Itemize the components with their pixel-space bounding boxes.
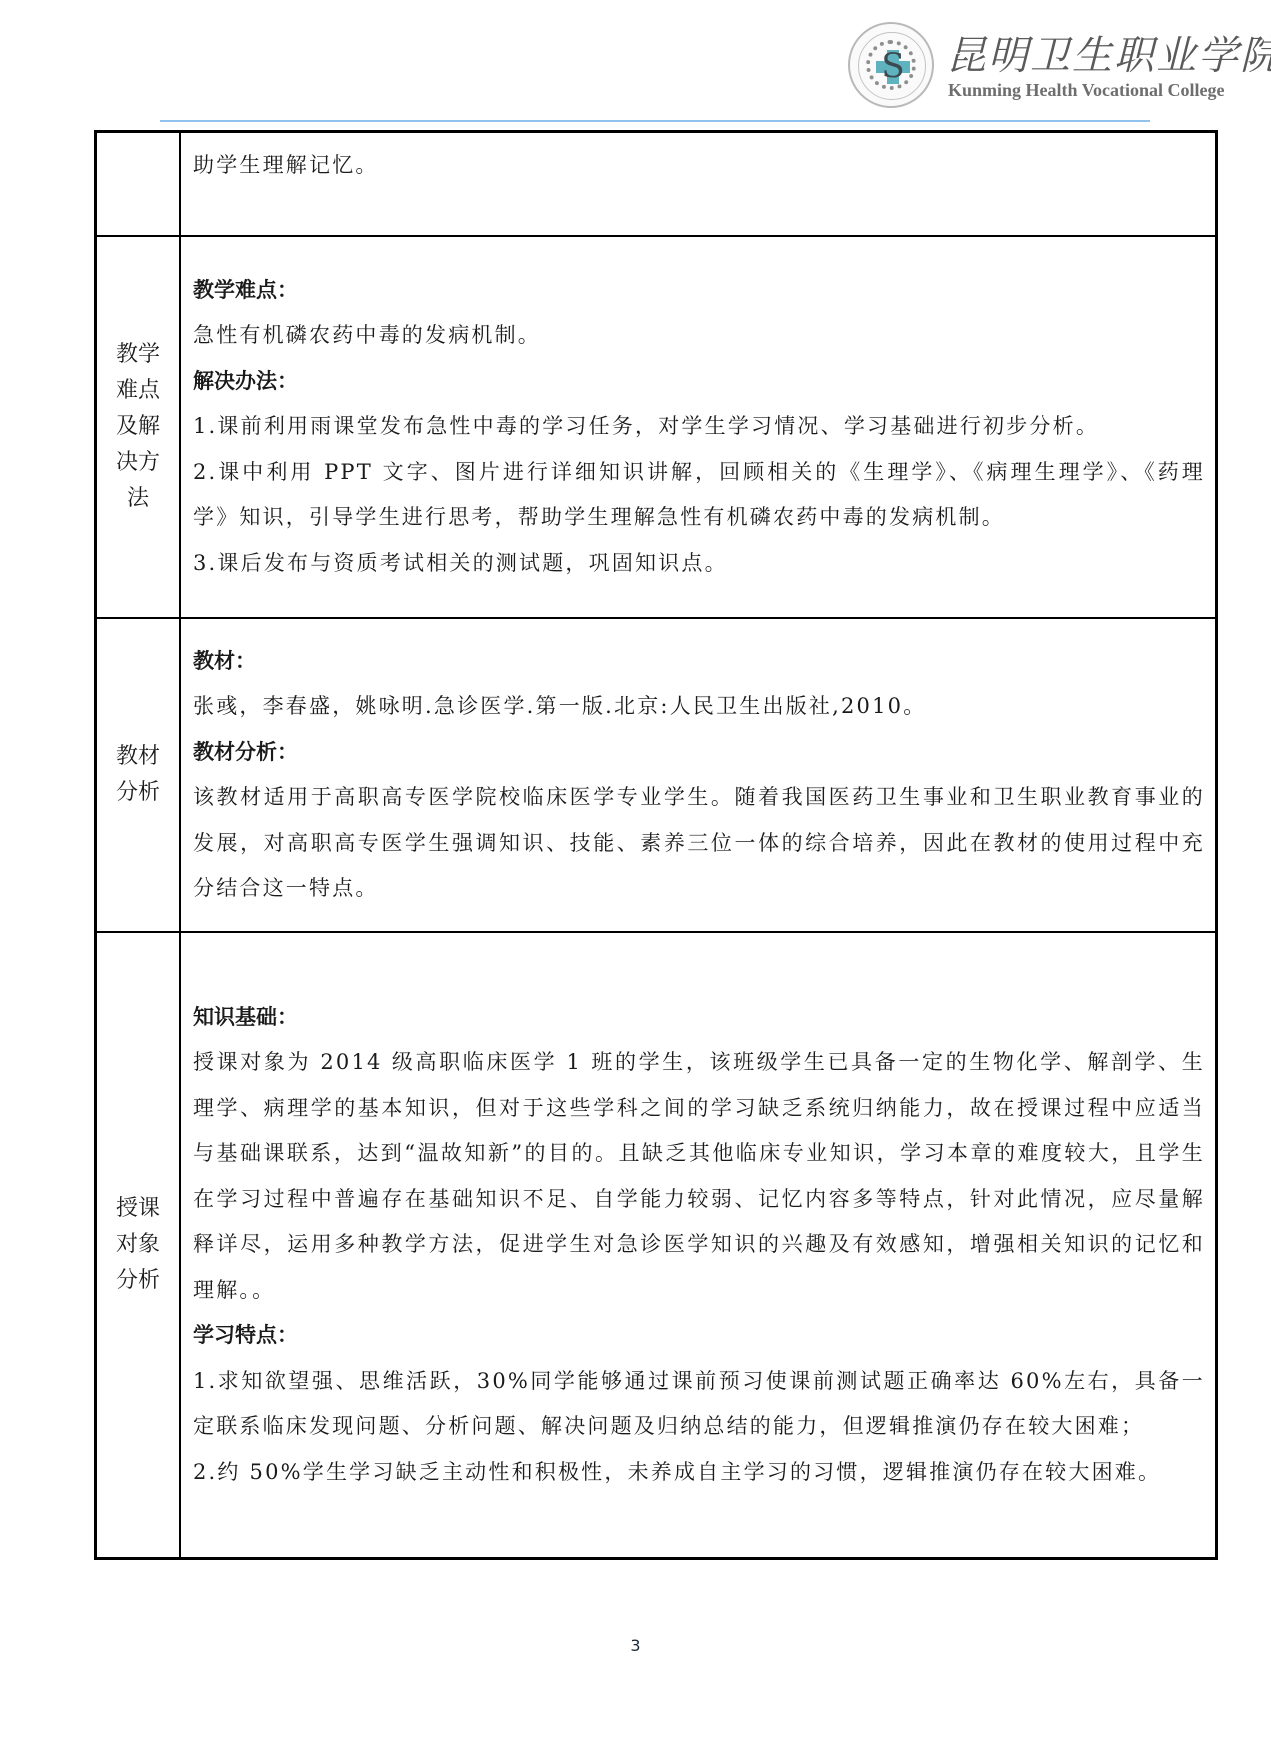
body-text: 授课对象为 2014 级高职临床医学 1 班的学生，该班级学生已具备一定的生物化… (193, 1040, 1205, 1313)
body-text: 助学生理解记忆。 (193, 143, 1205, 189)
college-seal-icon: S (848, 22, 934, 108)
college-logo: S 昆明卫生职业学院 Kunming Health Vocational Col… (848, 20, 1248, 116)
row-content: 知识基础： 授课对象为 2014 级高职临床医学 1 班的学生，该班级学生已具备… (180, 932, 1217, 1559)
body-text: 3.课后发布与资质考试相关的测试题，巩固知识点。 (193, 541, 1205, 587)
header-divider (160, 120, 1150, 122)
lesson-plan-table: 助学生理解记忆。 教学难点及解决方法 教学难点： 急性有机磷农药中毒的发病机制。… (94, 130, 1218, 1560)
body-text: 2.课中利用 PPT 文字、图片进行详细知识讲解，回顾相关的《生理学》、《病理生… (193, 450, 1205, 541)
row-content: 教材： 张彧，李春盛，姚咏明.急诊医学.第一版.北京:人民卫生出版社,2010。… (180, 618, 1217, 932)
section-heading: 教学难点： (193, 268, 1205, 314)
college-name-en: Kunming Health Vocational College (948, 80, 1225, 101)
section-heading: 教材： (193, 639, 1205, 685)
row-content: 教学难点： 急性有机磷农药中毒的发病机制。 解决办法： 1.课前利用雨课堂发布急… (180, 236, 1217, 618)
section-heading: 教材分析： (193, 730, 1205, 776)
row-content: 助学生理解记忆。 (180, 132, 1217, 237)
section-heading: 知识基础： (193, 995, 1205, 1041)
body-text: 1.求知欲望强、思维活跃，30%同学能够通过课前预习使课前测试题正确率达 60%… (193, 1359, 1205, 1450)
college-name-cn: 昆明卫生职业学院 (946, 24, 1271, 81)
row-label-teaching-difficulty: 教学难点及解决方法 (96, 236, 181, 618)
section-heading: 解决办法： (193, 359, 1205, 405)
body-text: 急性有机磷农药中毒的发病机制。 (193, 313, 1205, 359)
table-row: 授课对象分析 知识基础： 授课对象为 2014 级高职临床医学 1 班的学生，该… (96, 932, 1217, 1559)
row-label-student-analysis: 授课对象分析 (96, 932, 181, 1559)
table-row: 助学生理解记忆。 (96, 132, 1217, 237)
table-row: 教材分析 教材： 张彧，李春盛，姚咏明.急诊医学.第一版.北京:人民卫生出版社,… (96, 618, 1217, 932)
row-label (96, 132, 181, 237)
serpent-icon: S (880, 46, 906, 86)
body-text: 该教材适用于高职高专医学院校临床医学专业学生。随着我国医药卫生事业和卫生职业教育… (193, 775, 1205, 912)
body-text: 2.约 50%学生学习缺乏主动性和积极性，未养成自主学习的习惯，逻辑推演仍存在较… (193, 1450, 1205, 1496)
section-heading: 学习特点： (193, 1313, 1205, 1359)
table-row: 教学难点及解决方法 教学难点： 急性有机磷农药中毒的发病机制。 解决办法： 1.… (96, 236, 1217, 618)
body-text: 张彧，李春盛，姚咏明.急诊医学.第一版.北京:人民卫生出版社,2010。 (193, 684, 1205, 730)
row-label-textbook-analysis: 教材分析 (96, 618, 181, 932)
page-number: 3 (0, 1636, 1271, 1655)
body-text: 1.课前利用雨课堂发布急性中毒的学习任务，对学生学习情况、学习基础进行初步分析。 (193, 404, 1205, 450)
